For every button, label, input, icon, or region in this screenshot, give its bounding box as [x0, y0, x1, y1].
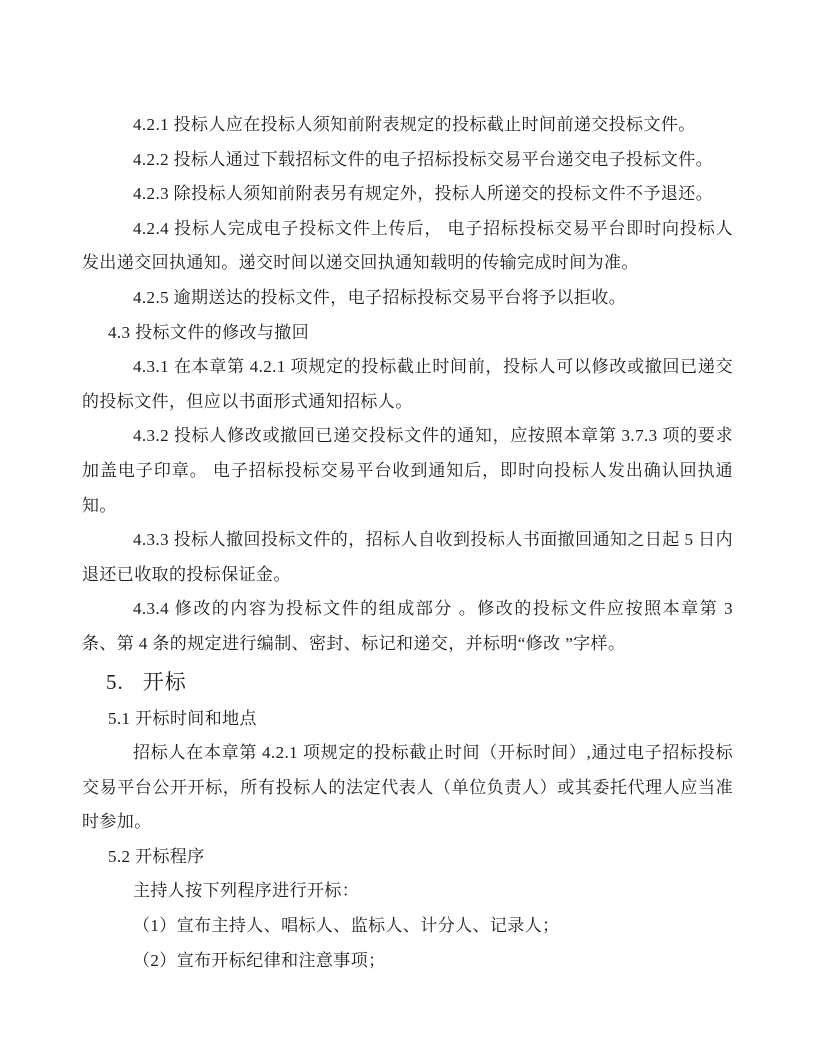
section-heading: 4.3 投标文件的修改与撤回 — [82, 316, 733, 351]
document-page: 4.2.1 投标人应在投标人须知前附表规定的投标截止时间前递交投标文件。4.2.… — [0, 0, 815, 1055]
chapter-number: 5. — [106, 670, 124, 694]
paragraph: 4.2.3 除投标人须知前附表另有规定外，投标人所递交的投标文件不予退还。 — [82, 177, 733, 212]
paragraph: 4.3.1 在本章第 4.2.1 项规定的投标截止时间前，投标人可以修改或撤回已… — [82, 350, 733, 419]
paragraph: 招标人在本章第 4.2.1 项规定的投标截止时间（开标时间）,通过电子招标投标交… — [82, 736, 733, 840]
chapter-title: 开标 — [143, 670, 187, 694]
paragraph: 4.2.1 投标人应在投标人须知前附表规定的投标截止时间前递交投标文件。 — [82, 108, 733, 143]
section-heading: 5.1 开标时间和地点 — [82, 702, 733, 737]
paragraph: 4.3.2 投标人修改或撤回已递交投标文件的通知，应按照本章第 3.7.3 项的… — [82, 419, 733, 523]
paragraph: 4.3.4 修改的内容为投标文件的组成部分 。修改的投标文件应按照本章第 3 条… — [82, 592, 733, 661]
paragraph: 4.2.4 投标人完成电子投标文件上传后， 电子招标投标交易平台即时向投标人发出… — [82, 212, 733, 281]
paragraph: （1）宣布主持人、唱标人、监标人、计分人、记录人； — [82, 909, 733, 944]
paragraph: （2）宣布开标纪律和注意事项； — [82, 944, 733, 979]
section-heading: 5.2 开标程序 — [82, 840, 733, 875]
paragraph: 4.2.2 投标人通过下载招标文件的电子招标投标交易平台递交电子投标文件。 — [82, 143, 733, 178]
chapter-heading: 5.开标 — [82, 662, 733, 702]
paragraph: 4.2.5 逾期送达的投标文件，电子招标投标交易平台将予以拒收。 — [82, 281, 733, 316]
paragraph: 4.3.3 投标人撤回投标文件的，招标人自收到投标人书面撤回通知之日起 5 日内… — [82, 523, 733, 592]
paragraph: 主持人按下列程序进行开标： — [82, 874, 733, 909]
